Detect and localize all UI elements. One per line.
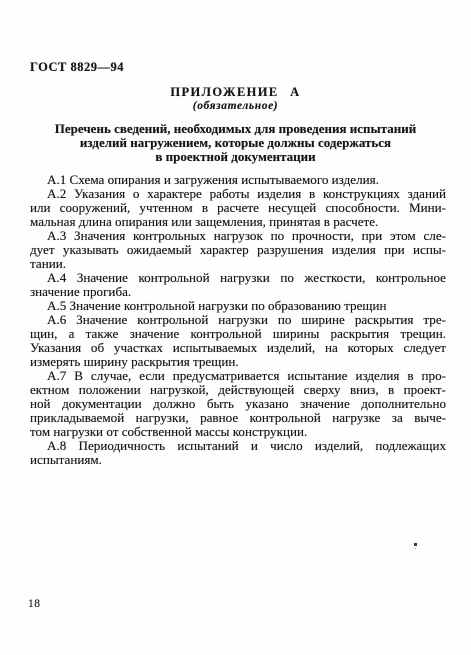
text-line: мальная длина опирания или защемления, п…	[30, 215, 446, 229]
document-title: Перечень сведений, необходимых для прове…	[0, 122, 471, 164]
text-line: Указания об участках испытываемых издели…	[30, 341, 446, 355]
text-line: А.5 Значение контрольной нагрузки по обр…	[30, 299, 446, 313]
text-line: А.7 В случае, если предусматривается исп…	[30, 369, 446, 383]
text-line: А.6 Значение контрольной нагрузки по шир…	[30, 313, 446, 327]
paragraph: А.7 В случае, если предусматривается исп…	[30, 369, 446, 439]
title-line: Перечень сведений, необходимых для прове…	[0, 122, 471, 136]
text-line: значение прогиба.	[30, 285, 446, 299]
paragraph: А.1 Схема опирания и загружения испытыва…	[30, 173, 446, 187]
document-code: ГОСТ 8829—94	[30, 60, 124, 75]
paragraph: А.2 Указания о характере работы изделия …	[30, 187, 446, 229]
text-line: щин, а также значение контрольной ширины…	[30, 327, 446, 341]
text-line: ной документации должно быть указано зна…	[30, 397, 446, 411]
title-line: в проектной документации	[0, 150, 471, 164]
appendix-note: (обязательное)	[0, 100, 471, 112]
text-line: А.3 Значения контрольных нагрузок по про…	[30, 229, 446, 243]
paragraph: А.6 Значение контрольной нагрузки по шир…	[30, 313, 446, 369]
paragraph: А.5 Значение контрольной нагрузки по обр…	[30, 299, 446, 313]
text-line: прикладываемой нагрузки, равное контроль…	[30, 411, 446, 425]
text-line: ектном положении нагрузкой, действующей …	[30, 383, 446, 397]
appendix-heading: ПРИЛОЖЕНИЕ А	[0, 85, 471, 100]
body-paragraphs: А.1 Схема опирания и загружения испытыва…	[30, 173, 446, 467]
text-line: А.1 Схема опирания и загружения испытыва…	[30, 173, 446, 187]
text-line: тании.	[30, 257, 446, 271]
text-line: А.8 Периодичность испытаний и число изде…	[30, 439, 446, 453]
text-line: или сооружений, учтенном в расчете несущ…	[30, 201, 446, 215]
paragraph: А.4 Значение контрольной нагрузки по жес…	[30, 271, 446, 299]
paragraph: А.8 Периодичность испытаний и число изде…	[30, 439, 446, 467]
title-line: изделий нагружением, которые должны соде…	[0, 136, 471, 150]
text-line: том нагрузки от собственной массы констр…	[30, 425, 446, 439]
text-line: дует указывать ожидаемый характер разруш…	[30, 243, 446, 257]
scan-speck-artifact	[414, 543, 417, 546]
paragraph: А.3 Значения контрольных нагрузок по про…	[30, 229, 446, 271]
text-line: измерять ширину раскрытия трещин.	[30, 355, 446, 369]
text-line: испытаниям.	[30, 453, 446, 467]
text-line: А.4 Значение контрольной нагрузки по жес…	[30, 271, 446, 285]
page-number: 18	[28, 598, 41, 610]
text-line: А.2 Указания о характере работы изделия …	[30, 187, 446, 201]
document-page: ГОСТ 8829—94 ПРИЛОЖЕНИЕ А (обязательное)…	[0, 0, 471, 655]
